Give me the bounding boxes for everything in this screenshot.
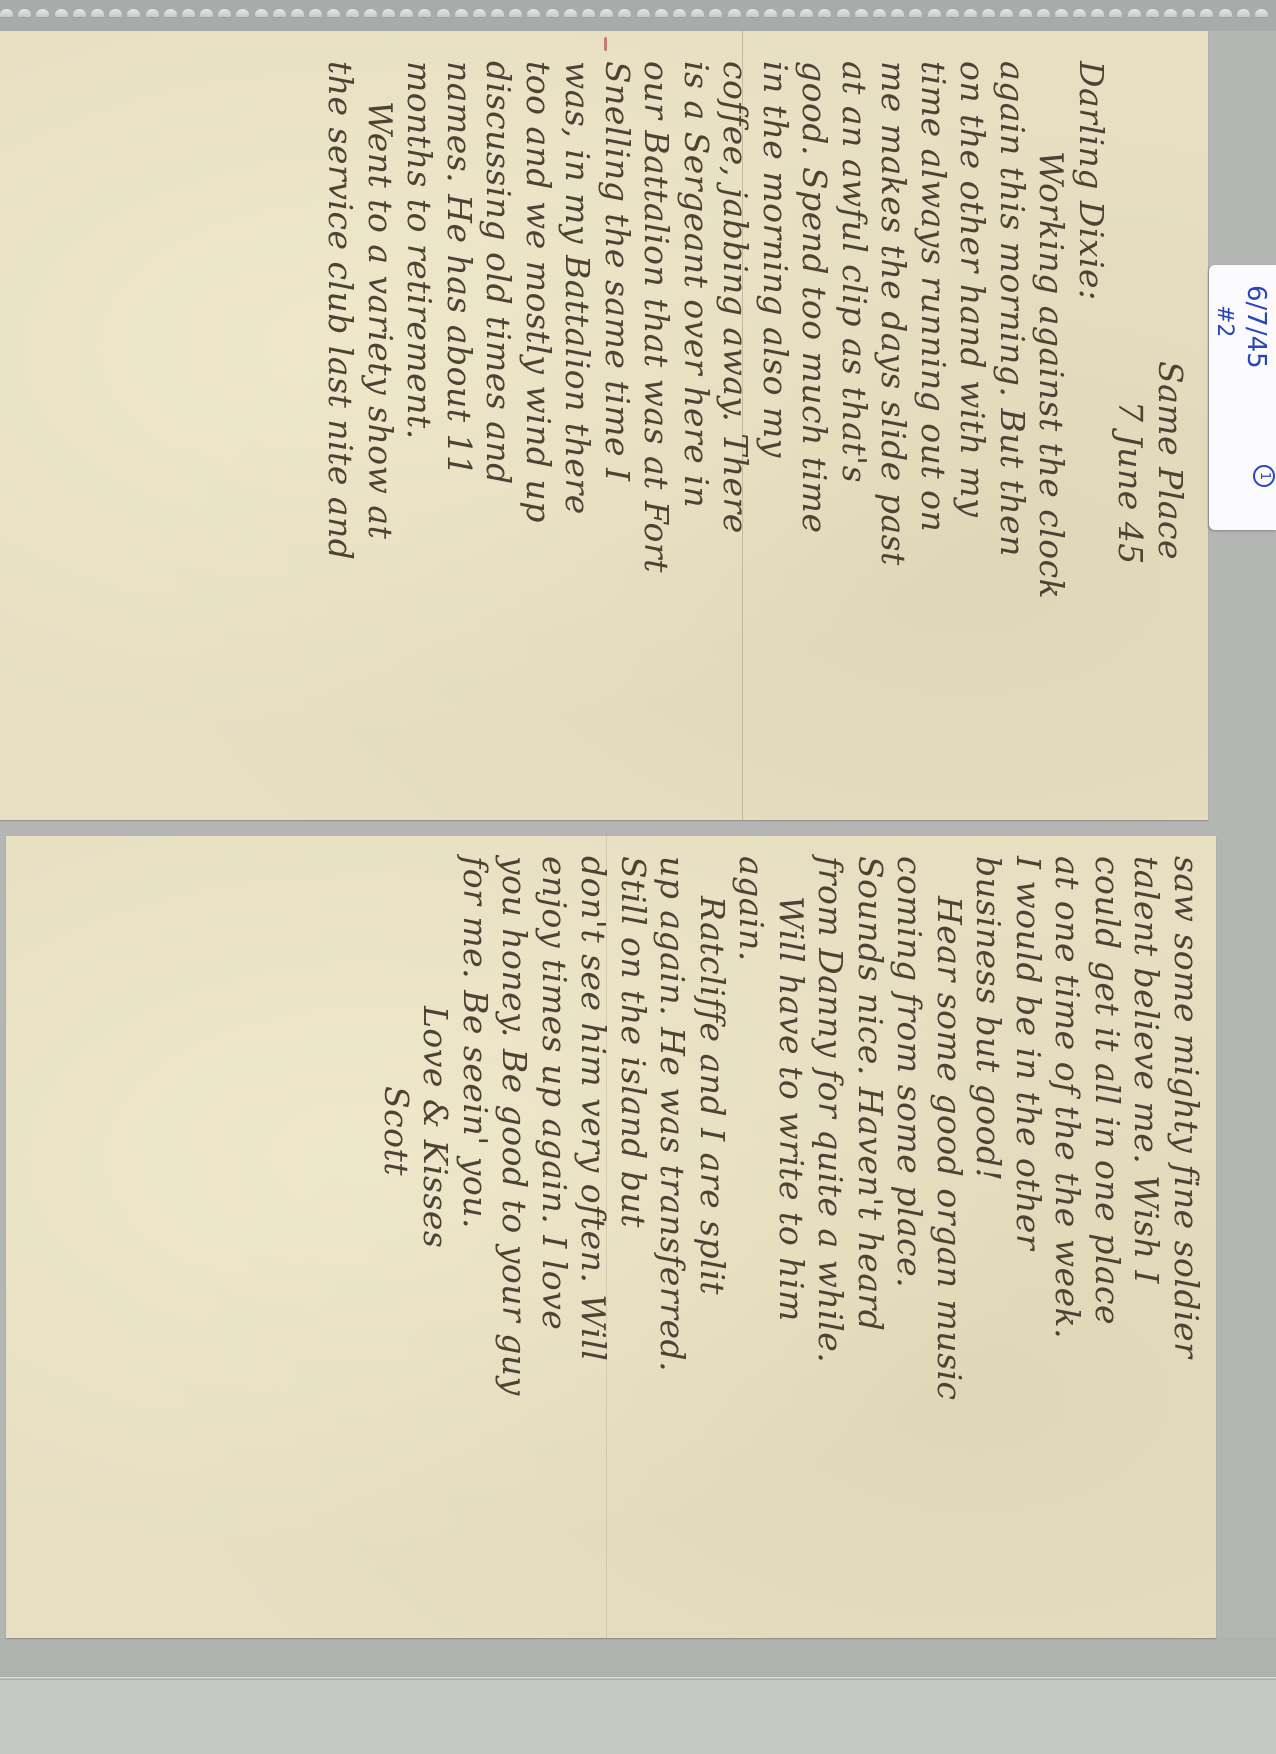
perforation-hole [600, 9, 613, 18]
perforation-hole [1037, 9, 1050, 18]
perforation-hole [1019, 9, 1032, 18]
sheet-2-text: saw some mighty fine soldier talent beli… [377, 856, 1207, 1616]
body-line: Working against the clock [1032, 61, 1072, 821]
perforation-hole [127, 9, 140, 18]
body-line: Hear some good organ music [930, 856, 970, 1616]
perforation-hole [455, 9, 468, 18]
archive-label-card: 6/7/45 #2 1 [1209, 265, 1276, 530]
body-line: Still on the island but [614, 856, 654, 1616]
letter-place: Same Place [1151, 61, 1191, 821]
body-line: months to retirement. [400, 61, 440, 821]
perforation-hole [691, 9, 704, 18]
perforation-hole [800, 9, 813, 18]
body-line: names. He has about 11 [440, 61, 480, 821]
body-line: coming from some place. [890, 856, 930, 1616]
body-line: good. Spend too much time [795, 61, 835, 821]
body-line: on the other hand with my [953, 61, 993, 821]
body-line: discussing old times and [479, 61, 519, 821]
perforation-hole [182, 9, 195, 18]
perforation-hole [837, 9, 850, 18]
body-line: our Battalion that was at Fort [637, 61, 677, 821]
body-line: in the morning also my [756, 61, 796, 821]
perforation-hole [582, 9, 595, 18]
perforation-hole [546, 9, 559, 18]
perforation-hole [1091, 9, 1104, 18]
perforation-hole [1055, 9, 1068, 18]
perforation-hole [218, 9, 231, 18]
letter-signature: Scott [377, 856, 417, 1616]
perforation-hole [146, 9, 159, 18]
body-line: talent believe me. Wish I [1127, 856, 1167, 1616]
letter-date: 7 June 45 [1111, 61, 1151, 821]
body-line: business but good! [969, 856, 1009, 1616]
body-line: is a Sergeant over here in [677, 61, 717, 821]
letter-sheet-1: Same Place 7 June 45 Darling Dixie: Work… [0, 31, 1208, 820]
perforation-hole [1000, 9, 1013, 18]
perforation-hole [1219, 9, 1232, 18]
perforation-hole [236, 9, 249, 18]
label-item-number: #2 [1212, 305, 1237, 337]
perforation-hole [364, 9, 377, 18]
perforation-hole [964, 9, 977, 18]
red-ink-mark [604, 37, 607, 51]
body-line: for me. Be seein' you. [456, 856, 496, 1616]
perforation-hole [437, 9, 450, 18]
perforation-hole [982, 9, 995, 18]
body-line: Will have to write to him [772, 856, 812, 1616]
perforation-hole [746, 9, 759, 18]
body-line: was, in my Battalion there [558, 61, 598, 821]
sleeve-bottom-margin [0, 1638, 1276, 1677]
body-line: saw some mighty fine soldier [1167, 856, 1207, 1616]
body-line: the service club last nite and [321, 61, 361, 821]
perforation-hole [164, 9, 177, 18]
perforation-hole [1073, 9, 1086, 18]
perforation-hole [527, 9, 540, 18]
perforation-hole [909, 9, 922, 18]
perforation-hole [200, 9, 213, 18]
perforation-hole [1200, 9, 1213, 18]
perforation-hole [564, 9, 577, 18]
perforation-hole [1146, 9, 1159, 18]
perforation-hole [928, 9, 941, 18]
perforation-hole [764, 9, 777, 18]
label-date: 6/7/45 [1241, 285, 1271, 369]
perforation-hole [728, 9, 741, 18]
body-line: Snelling the same time I [598, 61, 638, 821]
sleeve-top-strip [0, 0, 1276, 31]
perforation-hole [91, 9, 104, 18]
perforation-hole [400, 9, 413, 18]
perforation-hole [673, 9, 686, 18]
body-line: again this morning. But then [993, 61, 1033, 821]
perforation-hole [1182, 9, 1195, 18]
body-line: at one time of the the week. [1048, 856, 1088, 1616]
perforation-hole [346, 9, 359, 18]
perforation-hole [1237, 9, 1250, 18]
scanner-background [0, 1680, 1276, 1754]
perforation-hole [36, 9, 49, 18]
perforation-hole [418, 9, 431, 18]
body-line: Sounds nice. Haven't heard [851, 856, 891, 1616]
perforation-hole [109, 9, 122, 18]
perforation-hole [473, 9, 486, 18]
salutation: Darling Dixie: [1072, 61, 1112, 821]
body-line: at an awful clip as that's [835, 61, 875, 821]
perforation-hole [782, 9, 795, 18]
letter-closing: Love & Kisses [416, 856, 456, 1616]
body-line: again. [732, 856, 772, 1616]
perforation-hole [818, 9, 831, 18]
body-line: me makes the days slide past [874, 61, 914, 821]
body-line: could get it all in one place [1088, 856, 1128, 1616]
body-line: up again. He was transferred. [653, 856, 693, 1616]
perforation-hole [1109, 9, 1122, 18]
perforation-hole [1255, 9, 1268, 18]
body-line: don't see him very often. Will [574, 856, 614, 1616]
perforation-hole [55, 9, 68, 18]
perforation-hole [0, 9, 13, 18]
perforation-hole [18, 9, 31, 18]
perforation-hole [491, 9, 504, 18]
perforation-hole [855, 9, 868, 18]
letter-sheet-2: saw some mighty fine soldier talent beli… [6, 836, 1216, 1638]
perforation-hole [709, 9, 722, 18]
body-line: you honey. Be good to your guy [495, 856, 535, 1616]
body-line: Went to a variety show at [361, 61, 401, 821]
body-line: Ratcliffe and I are split [693, 856, 733, 1616]
body-line: I would be in the other [1009, 856, 1049, 1616]
body-line: coffee, jabbing away. There [716, 61, 756, 821]
perforation-hole [255, 9, 268, 18]
perforation-hole [873, 9, 886, 18]
perforation-hole [309, 9, 322, 18]
perforation-hole [273, 9, 286, 18]
body-line: from Danny for quite a while. [811, 856, 851, 1616]
body-line: time always running out on [914, 61, 954, 821]
perforation-hole [73, 9, 86, 18]
perforation-hole [946, 9, 959, 18]
perforation-hole [382, 9, 395, 18]
perforation-hole [655, 9, 668, 18]
perforation-hole [509, 9, 522, 18]
perforation-hole [891, 9, 904, 18]
perforation-hole [327, 9, 340, 18]
perforation-hole [1164, 9, 1177, 18]
body-line: too and we mostly wind up [519, 61, 559, 821]
perforation-hole [291, 9, 304, 18]
perforation-hole [637, 9, 650, 18]
perforation-hole [618, 9, 631, 18]
body-line: enjoy times up again. I love [535, 856, 575, 1616]
sleeve-perforations [0, 9, 1276, 21]
page-number-circle-icon: 1 [1253, 465, 1275, 487]
sheet-1-text: Same Place 7 June 45 Darling Dixie: Work… [321, 61, 1190, 821]
perforation-hole [1128, 9, 1141, 18]
